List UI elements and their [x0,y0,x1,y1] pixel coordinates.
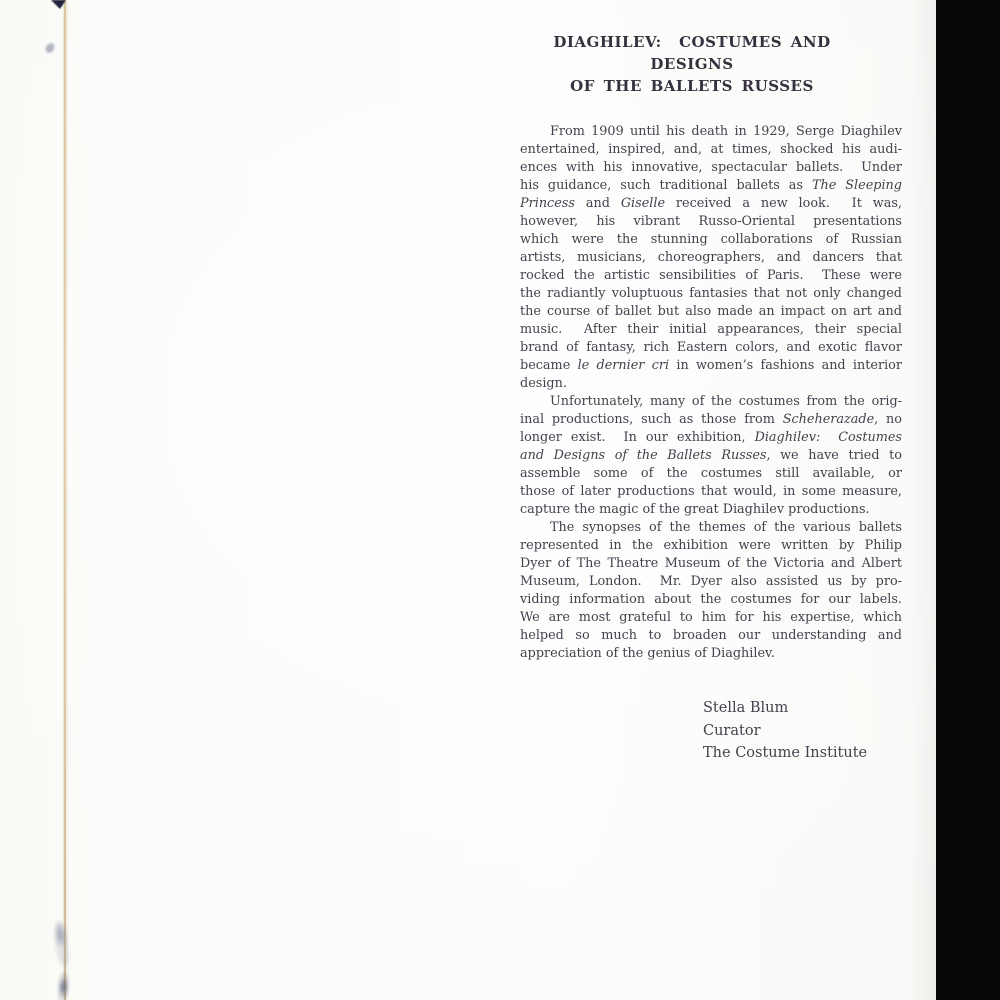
body-line: which were the stunning collaborations o… [520,231,902,249]
body-line: The synopses of the themes of the variou… [520,519,902,537]
page-title-line2: OF THE BALLETS RUSSES [520,75,864,97]
body-line: however, his vibrant Russo-Oriental pres… [520,213,902,231]
body-line: From 1909 until his death in 1929, Serge… [520,123,902,141]
body-line: artists, musicians, choreographers, and … [520,249,902,267]
body-line: assemble some of the costumes still avai… [520,465,902,483]
body-line: Princess and Giselle received a new look… [520,195,902,213]
body-line: We are most grateful to him for his expe… [520,609,902,627]
body-line: brand of fantasy, rich Eastern colors, a… [520,339,902,357]
body-line: those of later productions that would, i… [520,483,902,501]
body-line: represented in the exhibition were writt… [520,537,902,555]
signature-role: Curator [703,720,902,743]
body-line: music. After their initial appearances, … [520,321,902,339]
ink-mark-top [51,0,66,9]
body-line: viding information about the costumes fo… [520,591,902,609]
body-line: appreciation of the genius of Diaghilev. [520,645,902,663]
body-line: his guidance, such traditional ballets a… [520,177,902,195]
body-line: Dyer of The Theatre Museum of the Victor… [520,555,902,573]
body-line: rocked the artistic sensibilities of Par… [520,267,902,285]
binding-crease [64,0,66,1000]
body-paragraph: Unfortunately, many of the costumes from… [520,393,902,519]
body-line: ences with his innovative, spectacular b… [520,159,902,177]
ink-smudge-bottom-edge [57,972,70,1000]
body-line: helped so much to broaden our understand… [520,627,902,645]
ink-smudge-bottom [53,920,71,967]
body-line: the radiantly voluptuous fantasies that … [520,285,902,303]
signature-name: Stella Blum [703,697,902,720]
body-line: the course of ballet but also made an im… [520,303,902,321]
body-text: From 1909 until his death in 1929, Serge… [520,123,902,663]
body-line: inal productions, such as those from Sch… [520,411,902,429]
body-line: design. [520,375,902,393]
body-line: longer exist. In our exhibition, Diaghil… [520,429,902,447]
text-block: DIAGHILEV: COSTUMES AND DESIGNS OF THE B… [520,31,902,765]
body-line: became le dernier cri in women’s fashion… [520,357,902,375]
signature-block: Stella Blum Curator The Costume Institut… [703,697,902,765]
page-title: DIAGHILEV: COSTUMES AND DESIGNS OF THE B… [520,31,902,97]
body-paragraph: From 1909 until his death in 1929, Serge… [520,123,902,393]
book-page: DIAGHILEV: COSTUMES AND DESIGNS OF THE B… [0,0,936,1000]
paper-speck [45,42,56,54]
body-line: Museum, London. Mr. Dyer also assisted u… [520,573,902,591]
signature-org: The Costume Institute [703,742,902,765]
body-line: entertained, inspired, and, at times, sh… [520,141,902,159]
page-title-line1: DIAGHILEV: COSTUMES AND DESIGNS [520,31,864,75]
body-line: Unfortunately, many of the costumes from… [520,393,902,411]
body-line: capture the magic of the great Diaghilev… [520,501,902,519]
body-paragraph: The synopses of the themes of the variou… [520,519,902,663]
body-line: and Designs of the Ballets Russes, we ha… [520,447,902,465]
